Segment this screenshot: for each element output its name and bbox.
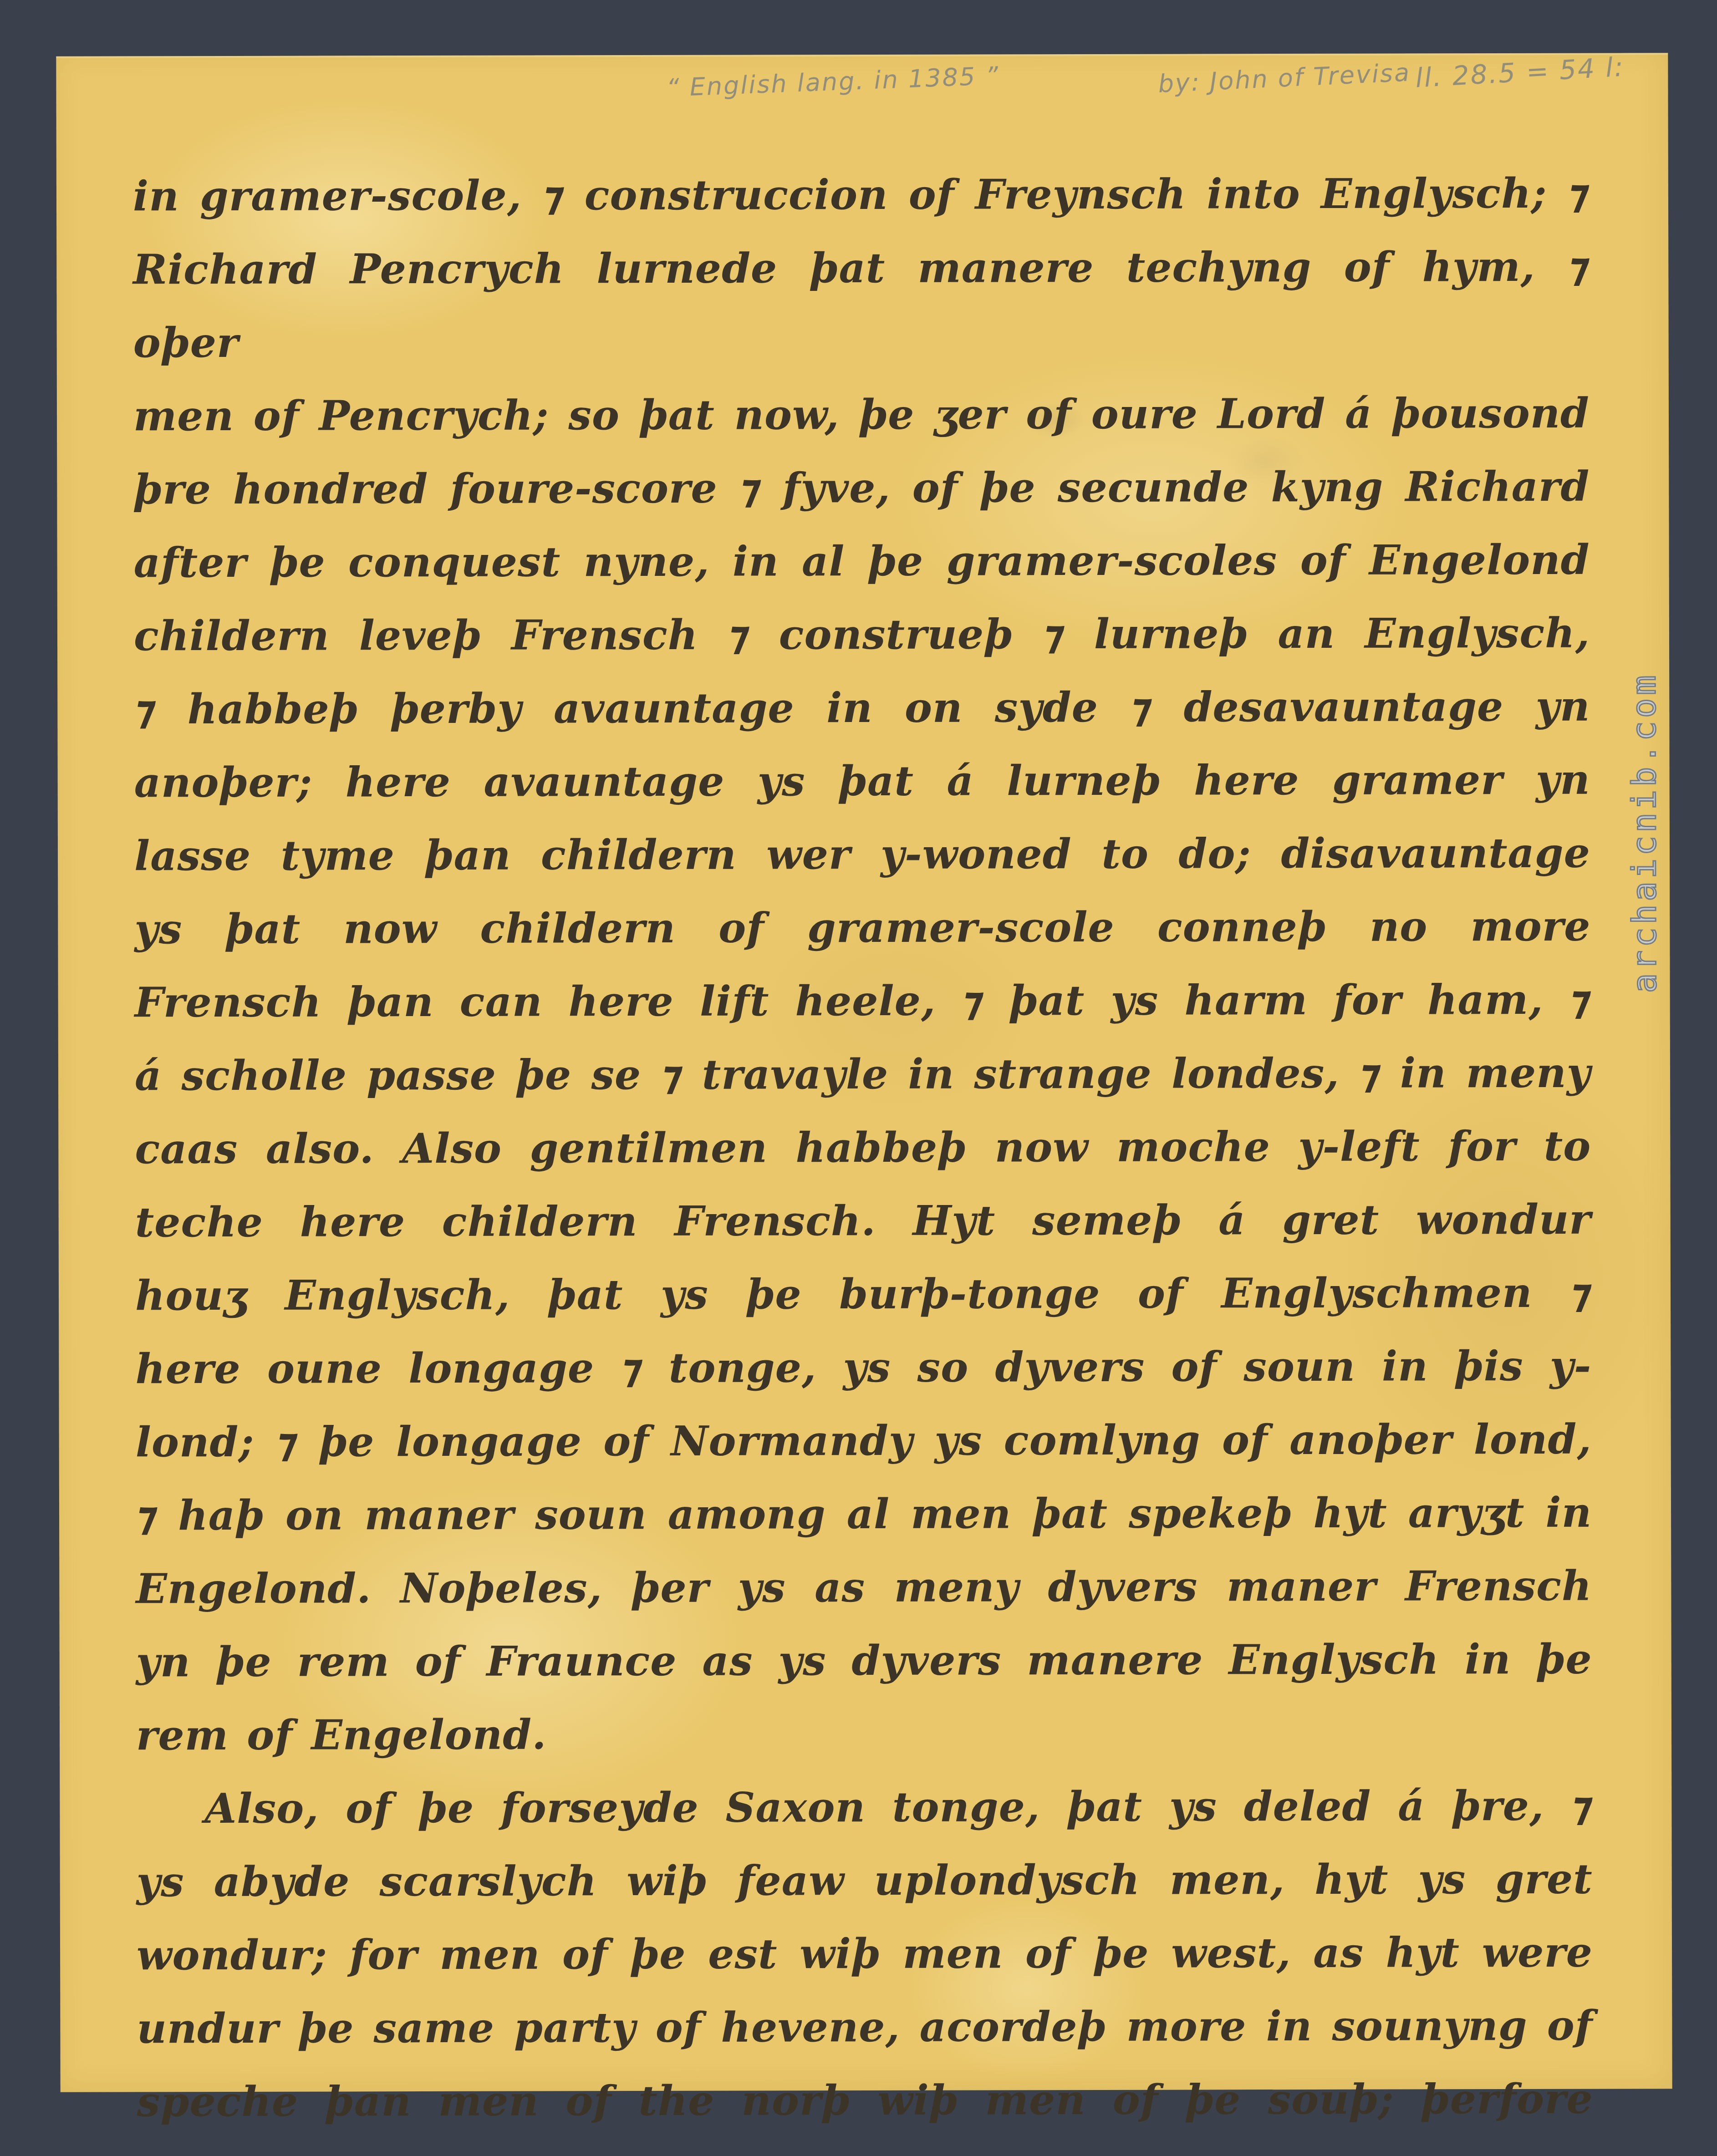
manuscript-line: caas also. Also gentilmen habbeþ now moc… — [135, 1110, 1591, 1186]
manuscript-line: yn þe rem of Fraunce as ys dyvers manere… — [136, 1623, 1592, 1699]
manuscript-line: lasse tyme þan childern wer y-woned to d… — [134, 817, 1590, 893]
manuscript-line: men of Pencrych; so þat now, þe ʒer of o… — [133, 377, 1590, 453]
manuscript-line: ⁊ haþ on maner soun among al men þat spe… — [136, 1476, 1592, 1553]
pencil-line-count-note: ll. 28.5 = 54 l: — [1415, 51, 1625, 94]
manuscript-line: ys þat now childern of gramer-scole conn… — [134, 890, 1590, 966]
manuscript-line: after þe conquest nyne, in al þe gramer-… — [133, 524, 1590, 600]
manuscript-page: “ English lang. in 1385 ” by: John of Tr… — [56, 53, 1672, 2092]
manuscript-line: ys abyde scarslych wiþ feaw uplondysch m… — [137, 1843, 1593, 1919]
manuscript-line: wondur; for men of þe est wiþ men of þe … — [137, 1916, 1593, 1993]
manuscript-line: ⁊ habbeþ þerby avauntage in on syde ⁊ de… — [134, 670, 1590, 747]
manuscript-line: Engelond. Noþeles, þer ys as meny dyvers… — [136, 1550, 1592, 1626]
manuscript-line: undur þe same party of hevene, acordeþ m… — [137, 1989, 1593, 2066]
manuscript-line: houʒ Englysch, þat ys þe burþ-tonge of E… — [135, 1256, 1591, 1333]
pencil-title-annotation: “ English lang. in 1385 ” — [666, 61, 1000, 102]
pencil-author-annotation: by: John of Trevisa — [1157, 58, 1411, 98]
manuscript-line: Frensch þan can here lift heele, ⁊ þat y… — [135, 963, 1591, 1040]
manuscript-line: teche here childern Frensch. Hyt semeþ á… — [135, 1183, 1591, 1260]
watermark-text: archaicnib.com — [1625, 672, 1663, 993]
manuscript-line: þre hondred foure-score ⁊ fyve, of þe se… — [133, 450, 1590, 527]
manuscript-line: á scholle passe þe se ⁊ travayle in stra… — [135, 1037, 1591, 1113]
manuscript-line: Richard Pencrych lurnede þat manere tech… — [133, 230, 1590, 380]
manuscript-line: in gramer-scole, ⁊ construccion of Freyn… — [133, 157, 1589, 234]
manuscript-line: childern leveþ Frensch ⁊ construeþ ⁊ lur… — [134, 597, 1590, 673]
manuscript-line: Also, of þe forseyde Saxon tonge, þat ys… — [136, 1770, 1592, 1846]
scan-background: “ English lang. in 1385 ” by: John of Tr… — [0, 0, 1717, 2156]
manuscript-text-block: in gramer-scole, ⁊ construccion of Freyn… — [133, 157, 1593, 2139]
manuscript-line: speche þan men of the norþ wiþ men of þe… — [137, 2063, 1593, 2139]
manuscript-line: rem of Engelond. — [136, 1696, 1592, 1773]
manuscript-line: here oune longage ⁊ tonge, ys so dyvers … — [135, 1330, 1591, 1406]
manuscript-line: anoþer; here avauntage ys þat á lurneþ h… — [134, 743, 1590, 820]
manuscript-line: lond; ⁊ þe longage of Normandy ys comlyn… — [136, 1403, 1592, 1480]
